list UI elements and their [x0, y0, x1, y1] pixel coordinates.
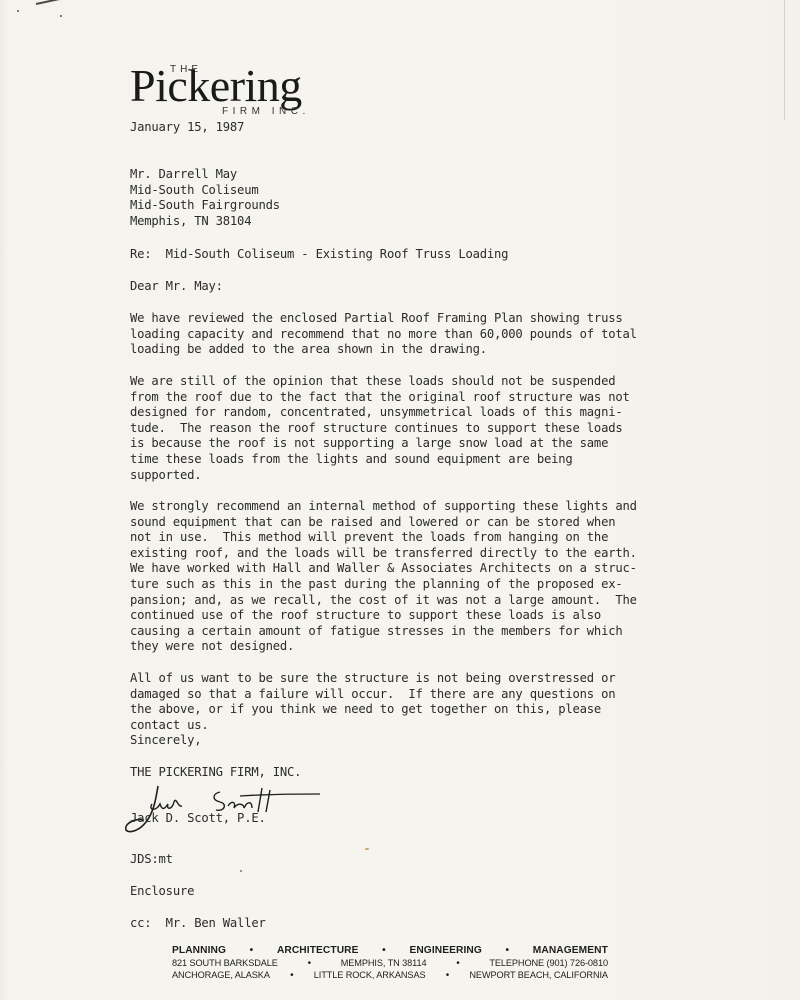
footer-offices: ANCHORAGE, ALASKA • LITTLE ROCK, ARKANSA… — [172, 969, 608, 981]
letter-date: January 15, 1987 — [130, 120, 244, 136]
paper-speck — [17, 10, 19, 12]
recipient-line: Mid-South Coliseum — [130, 183, 280, 199]
body-paragraph-4: All of us want to be sure the structure … — [130, 671, 615, 733]
letterhead-footer: PLANNING • ARCHITECTURE • ENGINEERING • … — [172, 944, 608, 981]
service-planning: PLANNING — [172, 945, 226, 956]
bullet-separator: • — [290, 970, 293, 981]
enclosure-note: Enclosure — [130, 884, 194, 900]
subject-line: Re: Mid-South Coliseum - Existing Roof T… — [130, 247, 508, 263]
body-paragraph-1: We have reviewed the enclosed Partial Ro… — [130, 311, 637, 358]
recipient-line: Mr. Darrell May — [130, 167, 280, 183]
paper-stain — [365, 848, 369, 850]
street-address: 821 SOUTH BARKSDALE — [172, 958, 278, 968]
body-paragraph-2: We are still of the opinion that these l… — [130, 374, 630, 483]
letter-page: THE Pickering FIRM INC. January 15, 1987… — [0, 0, 800, 1000]
bullet-separator: • — [308, 958, 311, 969]
paper-speck — [60, 15, 62, 17]
logo-firm-inc: FIRM INC. — [222, 106, 310, 117]
bullet-separator: • — [446, 970, 449, 981]
bullet-separator: • — [250, 945, 254, 956]
office-newport-beach: NEWPORT BEACH, CALIFORNIA — [469, 970, 608, 980]
cc-line: cc: Mr. Ben Waller — [130, 916, 266, 932]
bullet-separator: • — [456, 958, 459, 969]
service-architecture: ARCHITECTURE — [277, 945, 359, 956]
signer-name: Jack D. Scott, P.E. — [130, 811, 266, 827]
city-state-zip: MEMPHIS, TN 38114 — [341, 958, 427, 968]
telephone: TELEPHONE (901) 726-0810 — [489, 958, 608, 968]
paper-speck — [240, 870, 242, 872]
recipient-line: Mid-South Fairgrounds — [130, 198, 280, 214]
service-management: MANAGEMENT — [533, 945, 608, 956]
company-logo: THE Pickering FIRM INC. — [130, 62, 340, 122]
office-little-rock: LITTLE ROCK, ARKANSAS — [314, 970, 426, 980]
body-paragraph-3: We strongly recommend an internal method… — [130, 499, 637, 655]
recipient-address: Mr. Darrell May Mid-South Coliseum Mid-S… — [130, 167, 280, 229]
bullet-separator: • — [506, 945, 510, 956]
closing: Sincerely, — [130, 733, 201, 749]
service-engineering: ENGINEERING — [409, 945, 481, 956]
bullet-separator: • — [382, 945, 386, 956]
typist-initials: JDS:mt — [130, 852, 173, 868]
footer-address: 821 SOUTH BARKSDALE • MEMPHIS, TN 38114 … — [172, 957, 608, 969]
footer-services: PLANNING • ARCHITECTURE • ENGINEERING • … — [172, 944, 608, 957]
staple-mark — [36, 0, 76, 5]
salutation: Dear Mr. May: — [130, 279, 223, 295]
page-edge-shadow — [784, 0, 785, 120]
recipient-line: Memphis, TN 38104 — [130, 214, 280, 230]
handwritten-signature — [120, 778, 330, 838]
office-anchorage: ANCHORAGE, ALASKA — [172, 970, 270, 980]
